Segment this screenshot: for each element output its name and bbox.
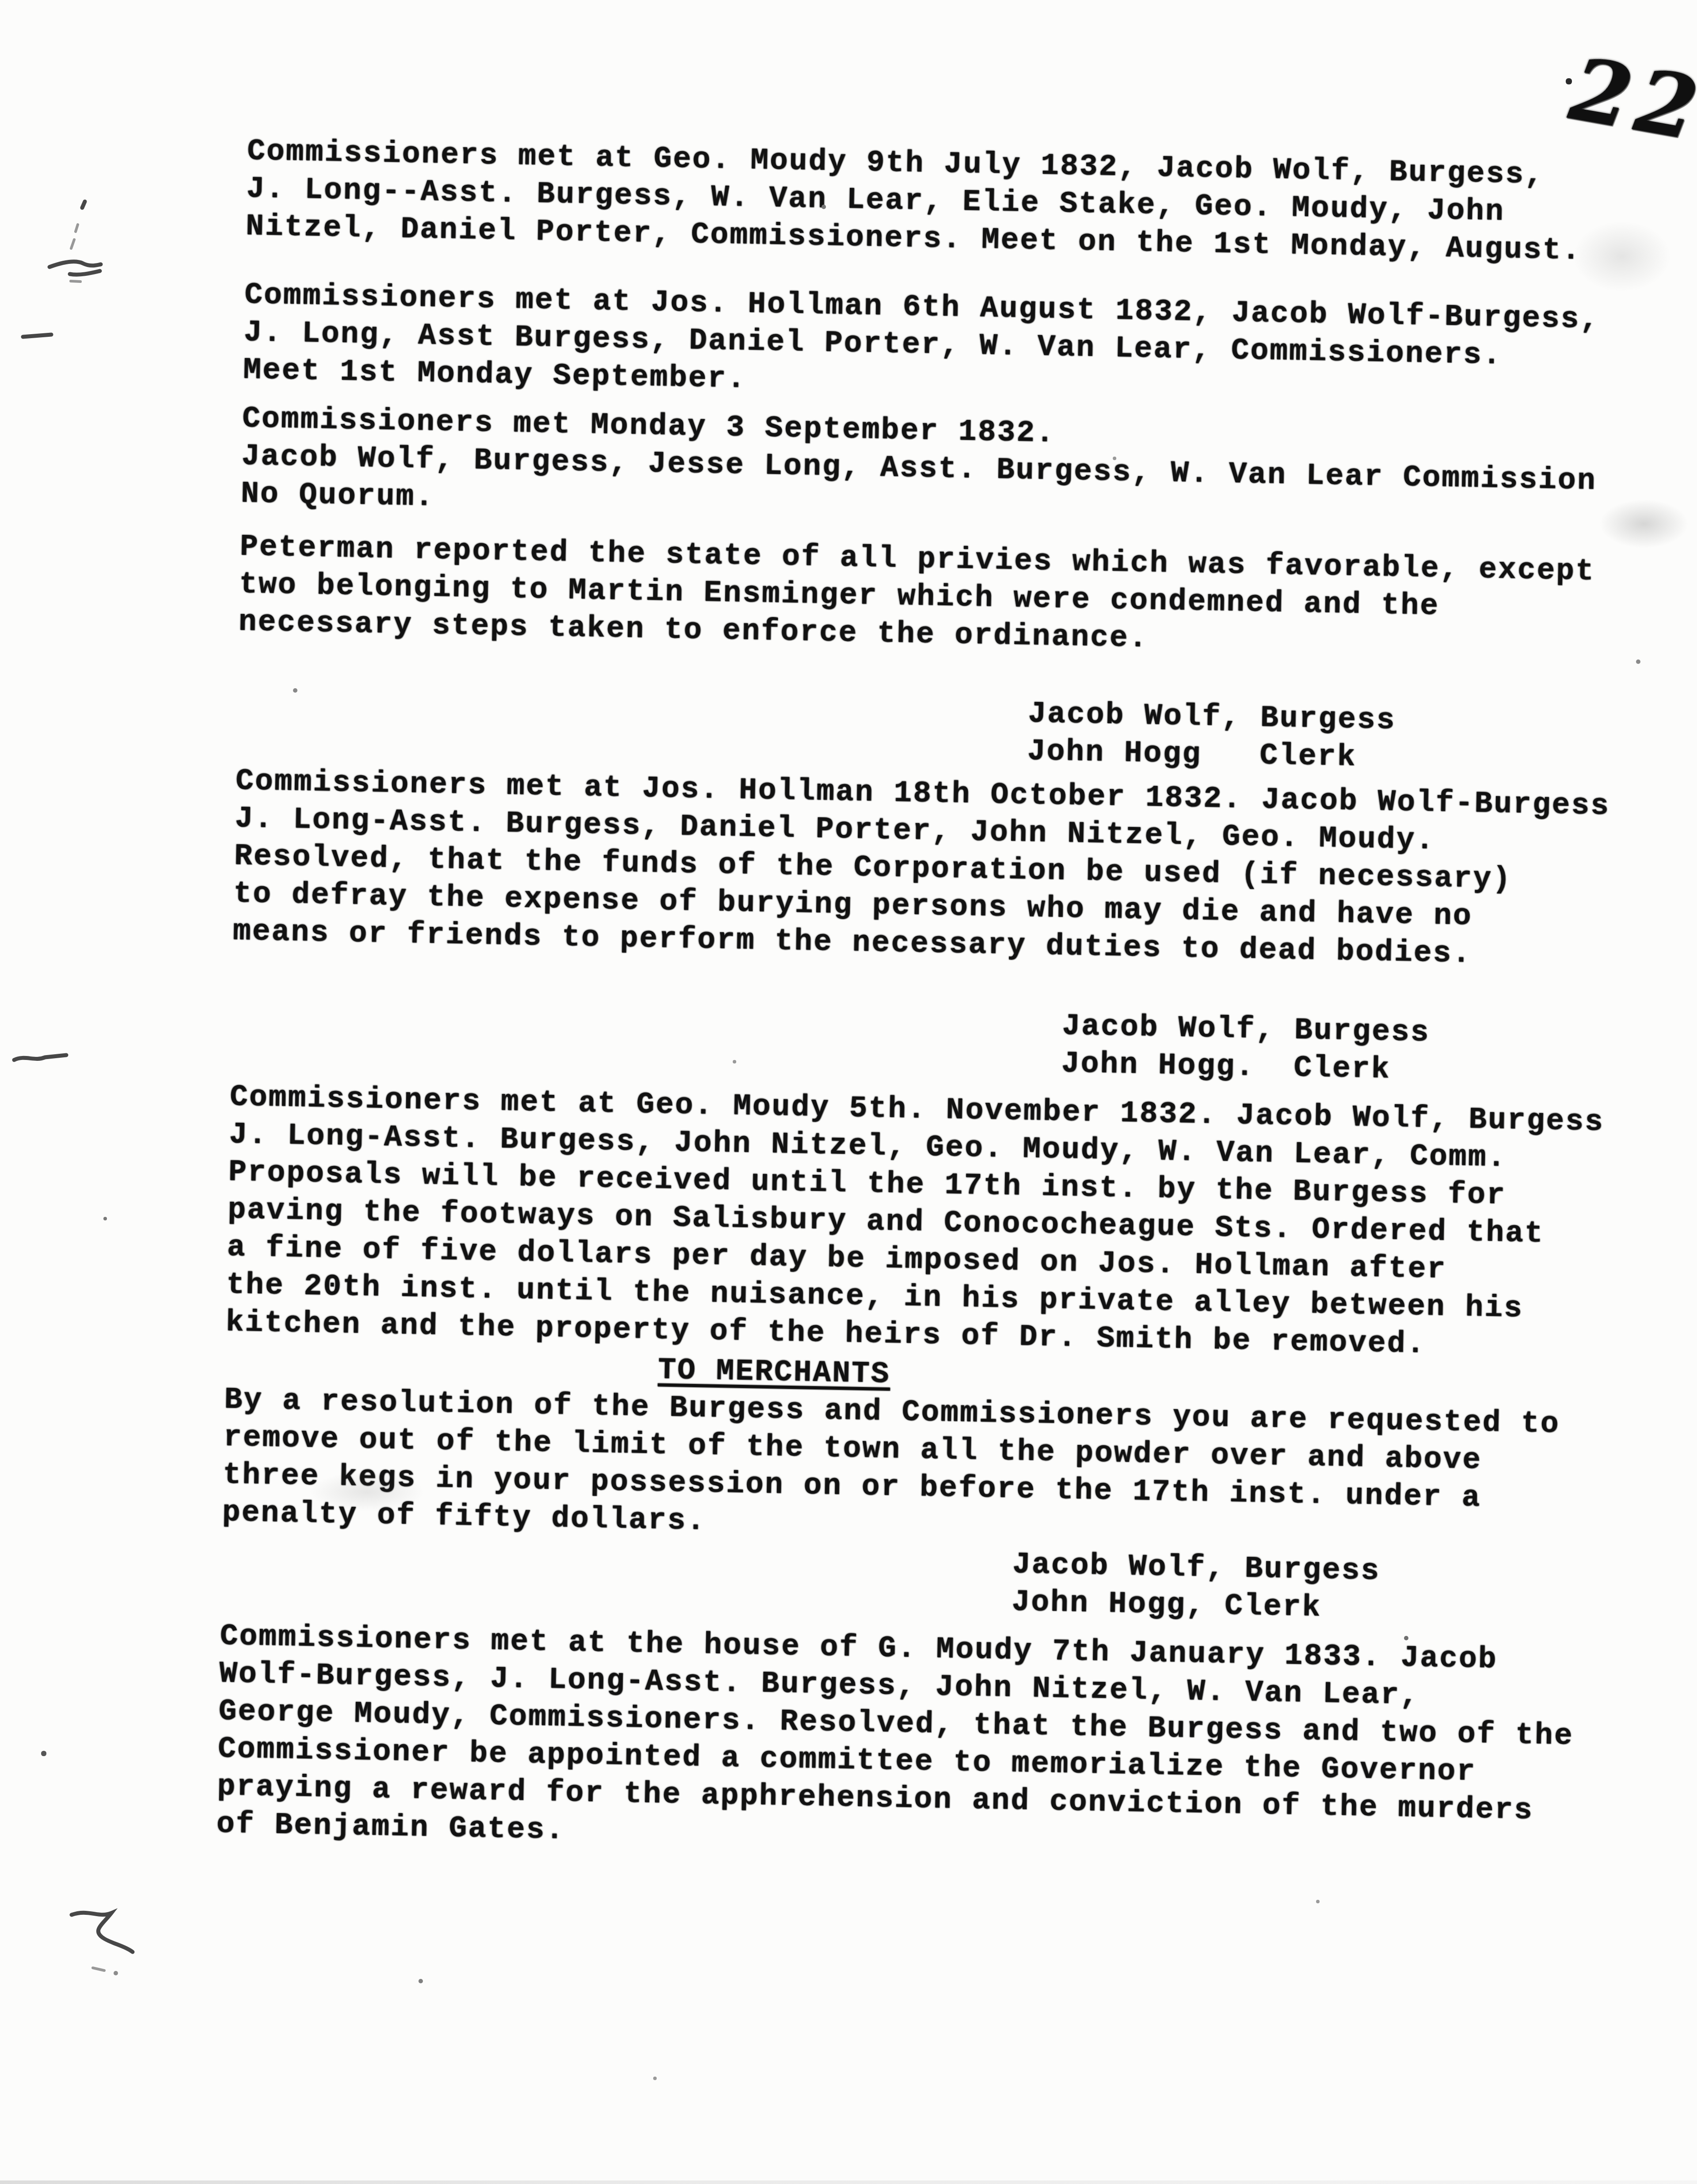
heading-text: TO MERCHANTS <box>658 1351 890 1393</box>
minutes-entry-september-1832: Commissioners met Monday 3 September 183… <box>240 400 1683 539</box>
minutes-entry-january-1833: Commissioners met at the house of G. Mou… <box>216 1617 1661 1869</box>
signature-block: Jacob Wolf, Burgess John Hogg. Clerk <box>230 992 1672 1094</box>
scanner-edge-shadow <box>0 2180 1697 2184</box>
minutes-entry-august-1832: Commissioners met at Jos. Hollman 6th Au… <box>243 276 1685 415</box>
paper-speckles <box>0 0 2 2</box>
typed-text: Commissioners met at Geo. Moudy 9th July… <box>216 133 1688 1869</box>
minutes-entry-october-1832: Commissioners met at Jos. Hollman 18th O… <box>232 762 1676 977</box>
minutes-entry-november-1832: Commissioners met at Geo. Moudy 5th. Nov… <box>225 1079 1670 1368</box>
page-number: 22 <box>1563 38 1697 161</box>
scanned-page: 22 Commissioners met at Geo. Moudy 9th J… <box>0 0 1697 2184</box>
powder-resolution-paragraph: By a resolution of the Burgess and Commi… <box>222 1381 1665 1558</box>
minutes-entry-july-1832: Commissioners met at Geo. Moudy 9th July… <box>245 133 1688 272</box>
privies-report-paragraph: Peterman reported the state of all privi… <box>238 528 1681 667</box>
